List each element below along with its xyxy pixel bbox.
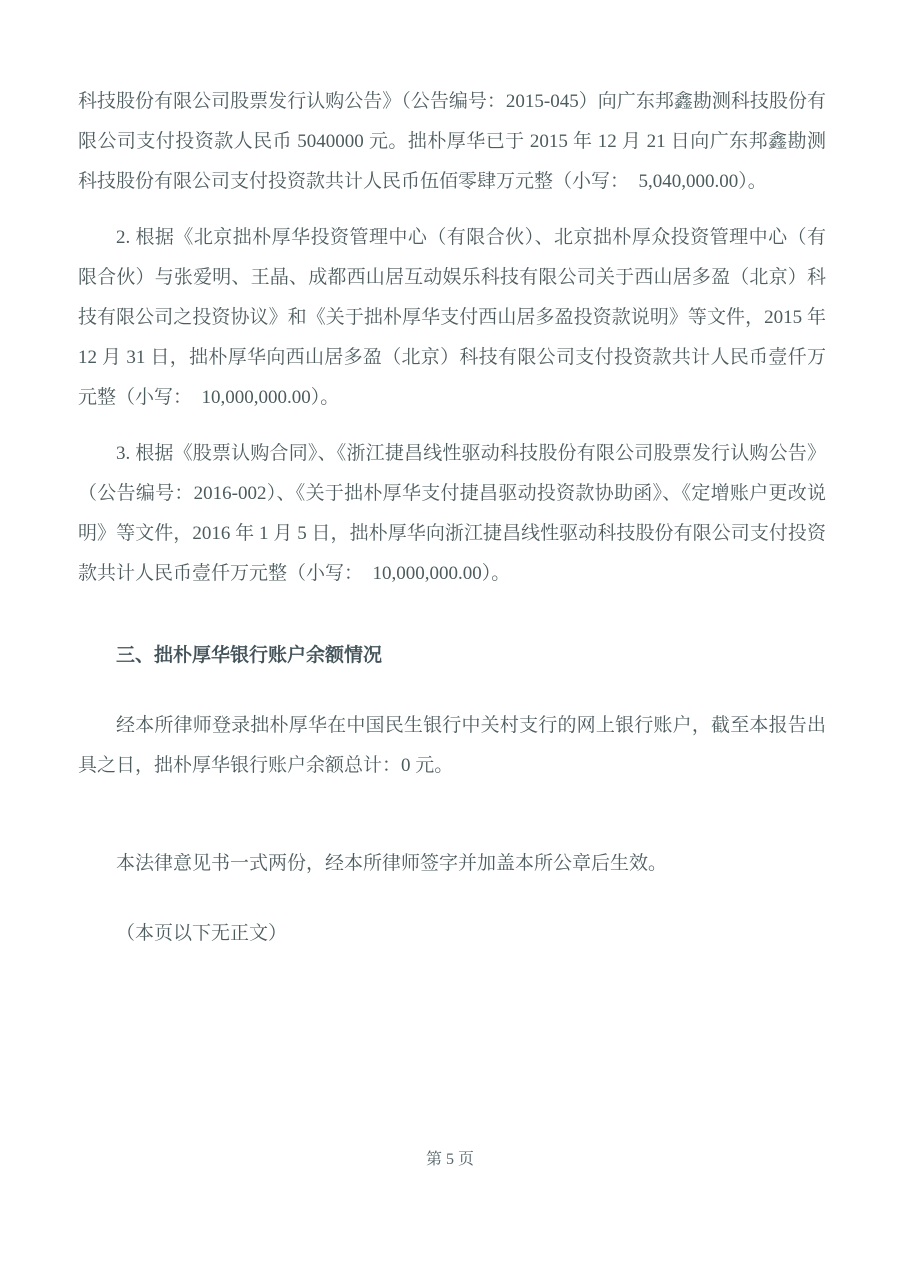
paragraph-guangdong-payment: 科技股份有限公司股票发行认购公告》（公告编号：2015-045）向广东邦鑫勘测科… xyxy=(78,82,826,202)
section-heading-bank-balance: 三、拙朴厚华银行账户余额情况 xyxy=(78,636,826,676)
page-number: 第 5 页 xyxy=(0,1148,900,1172)
document-page: 科技股份有限公司股票发行认购公告》（公告编号：2015-045）向广东邦鑫勘测科… xyxy=(0,0,900,1273)
paragraph-item-2-xishanju-investment: 2. 根据《北京拙朴厚华投资管理中心（有限合伙）、北京拙朴厚众投资管理中心（有限… xyxy=(78,218,826,418)
paragraph-no-text-below-note: （本页以下无正文） xyxy=(78,914,826,954)
paragraph-bank-balance-status: 经本所律师登录拙朴厚华在中国民生银行中关村支行的网上银行账户，截至本报告出具之日… xyxy=(78,706,826,786)
paragraph-item-3-jiechang-investment: 3. 根据《股票认购合同》、《浙江捷昌线性驱动科技股份有限公司股票发行认购公告》… xyxy=(78,434,826,594)
document-body: 科技股份有限公司股票发行认购公告》（公告编号：2015-045）向广东邦鑫勘测科… xyxy=(78,82,826,970)
paragraph-legal-opinion-effectiveness: 本法律意见书一式两份，经本所律师签字并加盖本所公章后生效。 xyxy=(78,844,826,884)
